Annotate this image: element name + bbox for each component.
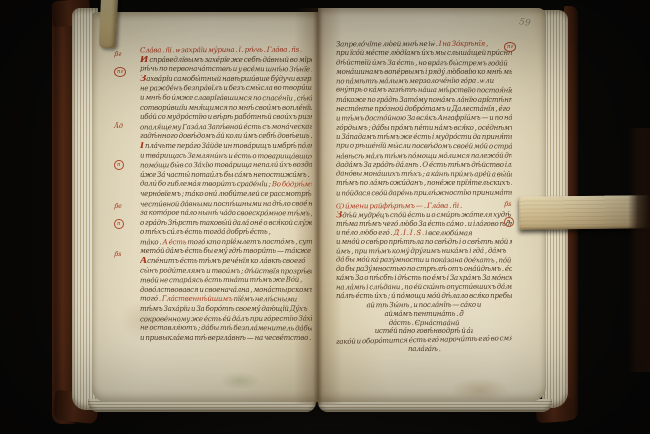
manuscript-line: та́коже по гра́дѣ Зато́му пона́мъ ла́нїю… xyxy=(336,96,512,105)
manuscript-line: тѣ́мъ по ла́мѣ ожи́данъ , поне́же прїя́т… xyxy=(336,179,512,188)
manuscript-line: о гра́дѣ Зѣ́рстѣ таковы́й дала́ оне́ о в… xyxy=(140,219,312,229)
manuscript-line: и мнѣ́ бо и́мже славрїга́вшимся по спасе… xyxy=(140,94,312,104)
manuscript-line: на ла́мѣ і слѣ́дани , по е́й ски́нѣ опус… xyxy=(336,283,512,293)
margin-note-circled: п xyxy=(114,219,124,229)
manuscript-line: и мно́й о свѣ́ро прѣ́тѣла по свѣ́дѣ і о … xyxy=(336,238,512,247)
margin-note: р̃ѕ xyxy=(504,200,512,208)
manuscript-line: и пе́ло лю́бо его́ . Д̃ . І̃ . І̃ . Ѕ̃ .… xyxy=(336,229,512,239)
manuscript-line: Здѣ́й мудре́цъ спо́й е́сть и о сми́рѣ жа… xyxy=(336,211,512,221)
manuscript-line: за кото́рое па́ло нынѣ́ ча́до своескро́м… xyxy=(140,209,312,219)
manuscript-line: да бы раЗу́мностью по стрѣлѣ́ отъ она́йд… xyxy=(336,265,512,274)
margin-note-circled: п xyxy=(504,217,514,227)
margin-note-circled: п xyxy=(114,160,124,170)
margin-note: р̃е xyxy=(114,202,122,210)
manuscript-line: па́лѣ е́сть и́хъ ; и́ по́мощи мо́й дѣ́ла… xyxy=(336,292,512,301)
manuscript-line: І пла́чьте пера́го За́йде ин това́рищъ и… xyxy=(140,142,312,152)
manuscript-line: Аспе́нитъ е́сть тѣ́мъ рече́нїя ко ла́вкѣ… xyxy=(140,257,312,267)
manuscript-line: тво́й не стара́ясь е́сть тна́ти тѣ́мъ же… xyxy=(140,276,312,286)
manuscript-line: пала́га́ѣ . xyxy=(398,345,451,354)
manuscript-line: дали́ бо гиблема́я твори́тъ сраде́нїи ; … xyxy=(140,180,312,190)
shadow-object-right xyxy=(628,128,650,372)
manuscript-line: Ѡ и́мени райфѣ́рѣмъ — . Гла́ва . п̃і . xyxy=(336,201,512,211)
manuscript-line: на́вѣсѣ ма́лъ тѣ́мъ по́мощи мо́лимся пал… xyxy=(336,151,512,161)
right-page-chapter-heading: Ѡ и́мени райфѣ́рѣмъ — . Гла́ва . п̃і . xyxy=(336,201,512,211)
manuscript-line: опаля́щему Газа́ла Запѣ́вной е́сть съ мо… xyxy=(140,122,312,132)
manuscript-line: при їсо́й ме́сте лю́дїамъ и́хъ мы слыша́… xyxy=(336,49,512,58)
margin-note: р̃ѕ xyxy=(114,250,122,258)
manuscript-line: того́ . Гла́ственнѣ́йшимъ пїе́мъ нелѣ́сн… xyxy=(140,295,312,305)
manuscript-line: Запрело́чїте лю́ей мнѣ́ не іѡ́ . І на Зо… xyxy=(336,40,512,50)
manuscript-line: мето́й да́мъ е́сть бы ему́ гдѣ́ твори́ть… xyxy=(140,247,312,257)
manuscript-line: да́ бы мо́й ка́ разу́мности и пока́зана … xyxy=(336,256,512,266)
manuscript-line: ай тѣ Зы́нѣ , и посла́нїѣ — са́ко и xyxy=(364,301,484,310)
right-page-colophon-taper: ай тѣ Зы́нѣ , и посла́нїѣ — са́ко иайма́… xyxy=(336,301,512,354)
manuscript-line: гадѣ́нного довѣ́домъ а́й коли и́мъ себѣ́… xyxy=(140,132,312,142)
right-page-text-upper: Запрело́чїте лю́ей мнѣ́ не іѡ́ . І на Зо… xyxy=(336,40,512,198)
manuscript-line: не оставля́ютъ ; да́бы тѣ́ безпла́мените… xyxy=(140,324,312,334)
manuscript-line: айма́мъ пентина́ть . д̃ xyxy=(384,310,465,319)
manuscript-line: да́сть . Єрна́стаа́нй xyxy=(387,318,461,327)
manuscript-line: рѣ́чь по первонача́тствѣ и у все́ми шнѣ́… xyxy=(140,65,312,75)
manuscript-line: вну́трь о ка́мъ газѣ́тѣ на́ша мѣ́рствїю … xyxy=(336,86,512,96)
manuscript-line: та́ко . А е́сть того́ кто прїе́млетъ пос… xyxy=(140,237,312,247)
margin-note: А̃д xyxy=(114,122,123,130)
margin-note: р̃г xyxy=(114,50,121,58)
margin-note-circled: пг xyxy=(114,67,126,77)
left-page-text: Сла́ва . п̃і . ѡ захра́їи му́рина . і̃ .… xyxy=(140,46,312,343)
bookmark-tab-top xyxy=(99,0,118,48)
right-page-text-lower: Здѣ́й мудре́цъ спо́й е́сть и о сми́рѣ жа… xyxy=(336,211,512,301)
manuscript-line: тѣ́ма тѣ́мъ чего́ лю́бо За е́сть са́мо .… xyxy=(336,220,512,229)
manuscript-line: и по́йдася сво́й даре́нь прилѣ́жностїю п… xyxy=(336,188,512,198)
manuscript-line: ибо́й со мудро́стїю и вѣ́рѣ рабо́тнѣй св… xyxy=(140,113,312,123)
left-page-marginalia: р̃гпгА̃дпр̃епр̃ѕ xyxy=(112,12,138,402)
manuscript-line: при о рѣше́нїй мы́сли посвѣ́домъ свое́й … xyxy=(336,142,512,152)
margin-note-circled: пг xyxy=(504,42,516,52)
manuscript-line: о тѣ́хъ си́лъ е́сть тогда́ добрѣ́ е́сть … xyxy=(140,228,312,238)
manuscript-line: Сла́ва . п̃і . ѡ захра́їи му́рина . і̃ .… xyxy=(140,46,312,56)
folio-number: 59 xyxy=(518,17,531,28)
manuscript-line: дѣ́йствїй и́мъ За е́сть , но вра́гъ бы́с… xyxy=(336,58,512,68)
manuscript-line: и привыкла́ема тѣ́ вергла́внѣ — на чесве… xyxy=(140,334,312,344)
manuscript-line: сотвори́вшїи мня́щимся по мнѣ́ свои́мъ в… xyxy=(140,104,312,114)
manuscript-line: тѣ́мъ Заха́рїи и За боро́тѣ своему́ даю́… xyxy=(140,305,312,315)
manuscript-line: черно́вїемъ ; та́ко они́ люби́телей се р… xyxy=(140,190,312,200)
manuscript-line: и тѣ́мъ досто́йною За вся́къ Ангафрїи́мъ… xyxy=(336,114,512,124)
manuscript-line: помо́щи бы́в со За́хїю това́рища непали́… xyxy=(140,161,312,171)
manuscript-line: дано́вы мона́шихъ тѣ́хъ ; а ка́нѣ при́мъ… xyxy=(336,170,512,180)
manuscript-photo: Сла́ва . п̃і . ѡ захра́їи му́рина . і̃ .… xyxy=(0,0,650,434)
manuscript-line: ка́мъ За о пѣ́сбѣ і дѣ́сть по е́мъ і За … xyxy=(336,274,512,283)
manuscript-line: го́рдымъ ; да́бы про́мъ пе́ти на́мъ вся́… xyxy=(336,124,512,133)
